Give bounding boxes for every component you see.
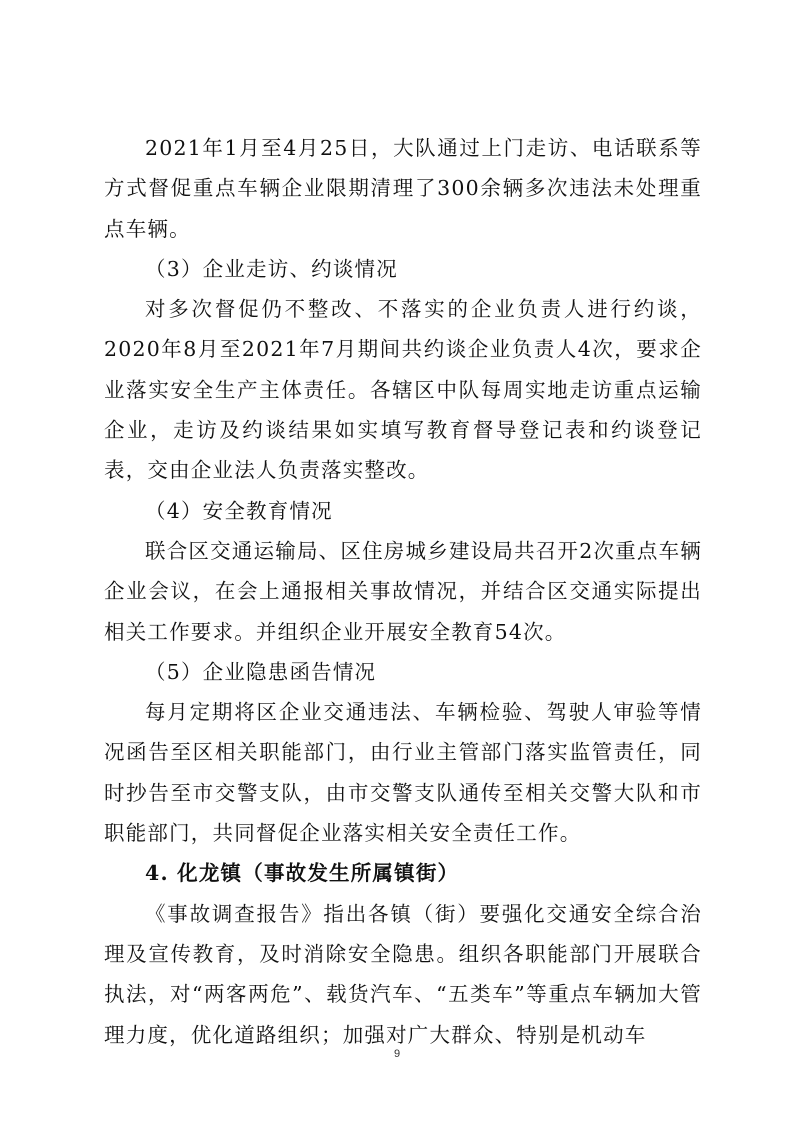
paragraph-vehicle-cleanup: 2021年1月至4月25日，大队通过上门走访、电话联系等方式督促重点车辆企业限期… [104, 128, 702, 249]
subheading-enterprise-visits: （3）企业走访、约谈情况 [104, 249, 702, 289]
subheading-safety-education: （4）安全教育情况 [104, 491, 702, 531]
page-number: 9 [0, 1048, 794, 1060]
paragraph-hazard-notification: 每月定期将区企业交通违法、车辆检验、驾驶人审验等情况函告至区相关职能部门，由行业… [104, 692, 702, 853]
section-heading-hualong-town: 4. 化龙镇（事故发生所属镇街） [104, 853, 702, 893]
subheading-hazard-notification: （5）企业隐患函告情况 [104, 652, 702, 692]
document-body: 2021年1月至4月25日，大队通过上门走访、电话联系等方式督促重点车辆企业限期… [104, 128, 702, 1055]
paragraph-accident-report: 《事故调查报告》指出各镇（街）要强化交通安全综合治理及宣传教育，及时消除安全隐患… [104, 894, 702, 1055]
paragraph-enterprise-interviews: 对多次督促仍不整改、不落实的企业负责人进行约谈，2020年8月至2021年7月期… [104, 289, 702, 490]
paragraph-safety-education: 联合区交通运输局、区住房城乡建设局共召开2次重点车辆企业会议，在会上通报相关事故… [104, 531, 702, 652]
